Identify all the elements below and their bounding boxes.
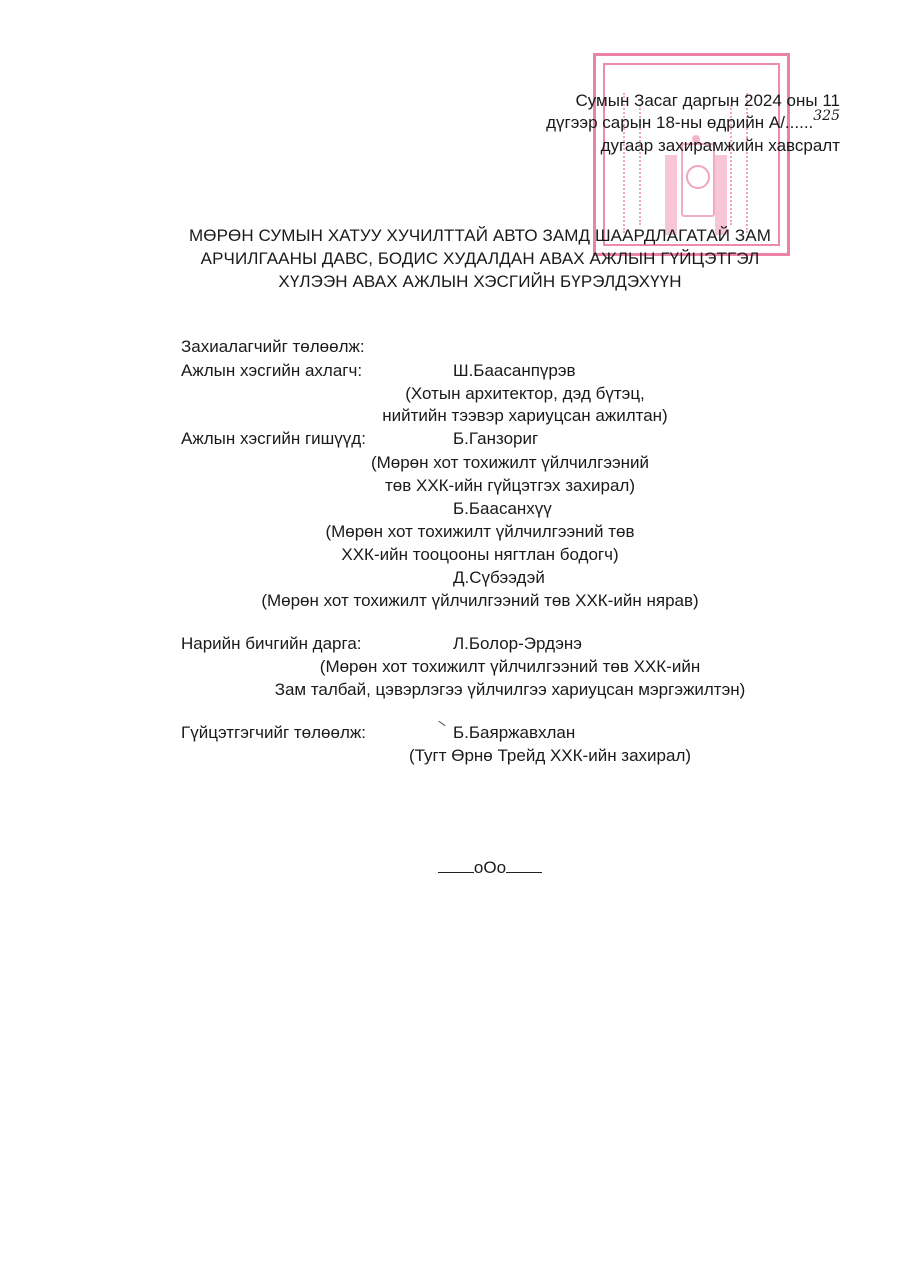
document-page: Сумын Засаг даргын 2024 оны 11 дүгээр са… <box>0 0 901 1280</box>
head-role: (Хотын архитектор, дэд бүтэц, <box>340 383 710 405</box>
signature-mark <box>438 721 445 726</box>
annex-line-3: дугаар захирамжийн хавсралт <box>540 135 840 157</box>
member-role: (Мөрөн хот тохижилт үйлчилгээний <box>340 452 680 474</box>
member-role: (Мөрөн хот тохижилт үйлчилгээний төв ХХК… <box>230 590 730 612</box>
member-role: ХХК-ийн тооцооны нягтлан бодогч) <box>300 544 660 566</box>
secretary-role: (Мөрөн хот тохижилт үйлчилгээний төв ХХК… <box>300 656 720 678</box>
document-title: МӨРӨН СУМЫН ХАТУУ ХУЧИЛТТАЙ АВТО ЗАМД ША… <box>150 224 810 293</box>
member-role: (Мөрөн хот тохижилт үйлчилгээний төв <box>300 521 660 543</box>
head-role: нийтийн тээвэр хариуцсан ажилтан) <box>340 405 710 427</box>
members-label: Ажлын хэсгийн гишүүд: <box>181 428 366 450</box>
annex-line-1: Сумын Засаг даргын 2024 оны 11 <box>540 90 840 112</box>
secretary-label: Нарийн бичгийн дарга: <box>181 633 362 655</box>
annex-reference: Сумын Засаг даргын 2024 оны 11 дүгээр са… <box>540 90 840 157</box>
handwritten-order-number: 325 <box>813 108 840 124</box>
member-name: Б.Ганзориг <box>453 428 538 450</box>
member-name: Б.Баасанхүү <box>453 498 552 520</box>
contractor-name: Б.Баяржавхлан <box>453 722 575 744</box>
member-role: төв ХХК-ийн гүйцэтгэх захирал) <box>340 475 680 497</box>
member-name: Д.Сүбээдэй <box>453 567 545 589</box>
head-label: Ажлын хэсгийн ахлагч: <box>181 360 362 382</box>
secretary-role: Зам талбай, цэвэрлэгээ үйлчилгээ хариуцс… <box>240 679 780 701</box>
secretary-name: Л.Болор-Эрдэнэ <box>453 633 582 655</box>
contractor-role: (Тугт Өрнө Трейд ХХК-ийн захирал) <box>380 745 720 767</box>
head-name: Ш.Баасанпүрэв <box>453 360 576 382</box>
customer-representative-label: Захиалагчийг төлөөлж: <box>181 336 365 358</box>
end-mark: oOo <box>420 858 560 878</box>
annex-line-2: дүгээр сарын 18-ны өдрийн А/......325 <box>540 112 840 135</box>
contractor-representative-label: Гүйцэтгэгчийг төлөөлж: <box>181 722 366 744</box>
